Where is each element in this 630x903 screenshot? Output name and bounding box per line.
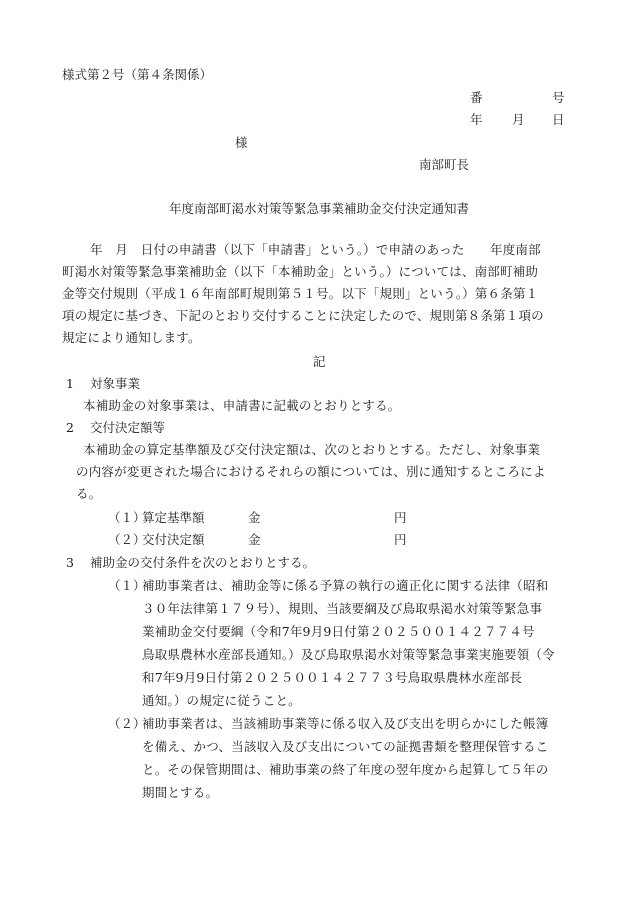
section-3-heading: 補助金の交付条件を次のとおりとする。: [90, 557, 315, 570]
section-2-body-line: の内容が変更された場合におけるそれらの額については、別に通知するところによ: [76, 466, 546, 479]
condition-line: 補助事業者は、当該補助事業等に係る収入及び支出を明らかにした帳簿: [142, 718, 548, 731]
item-label: 算定基準額: [142, 512, 205, 525]
condition-line: と。その保管期間は、補助事業の終了年度の翌年度から起算して５年の: [142, 764, 548, 777]
item-label: 交付決定額: [142, 534, 205, 547]
intro-line: 項の規定に基づき、下記のとおり交付することに決定したので、規則第８条第１項の: [62, 310, 544, 323]
condition-line: 鳥取県農林水産部長通知。）及び鳥取県渇水対策等緊急事業実施要領（令: [142, 649, 555, 662]
condition-line: 業補助金交付要綱（令和7年9月9日付第２０２５００１４２７７４号: [142, 626, 535, 639]
kin-label: 金: [248, 512, 261, 525]
item-number: （２）: [108, 534, 146, 547]
date-month: 月: [512, 114, 525, 127]
section-2-body-line: る。: [76, 488, 101, 501]
addressee-suffix: 様: [235, 137, 248, 150]
intro-line: 町渇水対策等緊急事業補助金（以下「本補助金」という。）については、南部町補助: [62, 266, 538, 279]
yen-label: 円: [394, 534, 407, 547]
condition-line: 期間とする。: [142, 787, 218, 800]
condition-line: を備え、かつ、当該収入及び支出についての証拠書類を整理保管するこ: [142, 741, 548, 754]
intro-line: 年 月 日付の申請書（以下「申請書」という。）で申請のあった 年度南部: [90, 244, 541, 257]
intro-line: 金等交付規則（平成１６年南部町規則第５１号。以下「規則」という。）第６条第１: [62, 288, 538, 301]
date-year: 年: [470, 114, 483, 127]
section-1-heading: 対象事業: [90, 378, 140, 391]
kin-label: 金: [248, 534, 261, 547]
condition-line: 補助事業者は、補助金等に係る予算の執行の適正化に関する法律（昭和: [142, 580, 548, 593]
condition-line: ３０年法律第１７９号）、規則、当該要綱及び鳥取県渇水対策等緊急事: [142, 603, 542, 616]
form-label: 様式第２号（第４条関係）: [62, 69, 212, 82]
date-day: 日: [552, 114, 565, 127]
ki-heading: 記: [313, 356, 326, 369]
document-title: 年度南部町渇水対策等緊急事業補助金交付決定通知書: [169, 203, 469, 216]
condition-line: 和7年9月9日付第２０２５００１４２７７３号鳥取県農林水産部長: [142, 672, 522, 685]
item-number: （１）: [108, 512, 146, 525]
section-1-number: 1: [66, 378, 74, 391]
yen-label: 円: [394, 512, 407, 525]
document-number-prefix: 番: [470, 92, 483, 105]
condition-line: 通知。）の規定に従うこと。: [142, 695, 301, 708]
item-number: （１）: [108, 580, 146, 593]
issuer: 南部町長: [419, 159, 469, 172]
intro-line: 規定により通知します。: [62, 332, 201, 345]
section-1-body: 本補助金の対象事業は、申請書に記載のとおりとする。: [83, 400, 401, 413]
document-number-suffix: 号: [552, 92, 565, 105]
section-2-body-line: 本補助金の算定基準額及び交付決定額は、次のとおりとする。ただし、対象事業: [83, 444, 540, 457]
section-3-number: 3: [66, 557, 74, 570]
section-2-number: 2: [66, 422, 74, 435]
section-2-heading: 交付決定額等: [90, 422, 165, 435]
item-number: （２）: [108, 718, 146, 731]
